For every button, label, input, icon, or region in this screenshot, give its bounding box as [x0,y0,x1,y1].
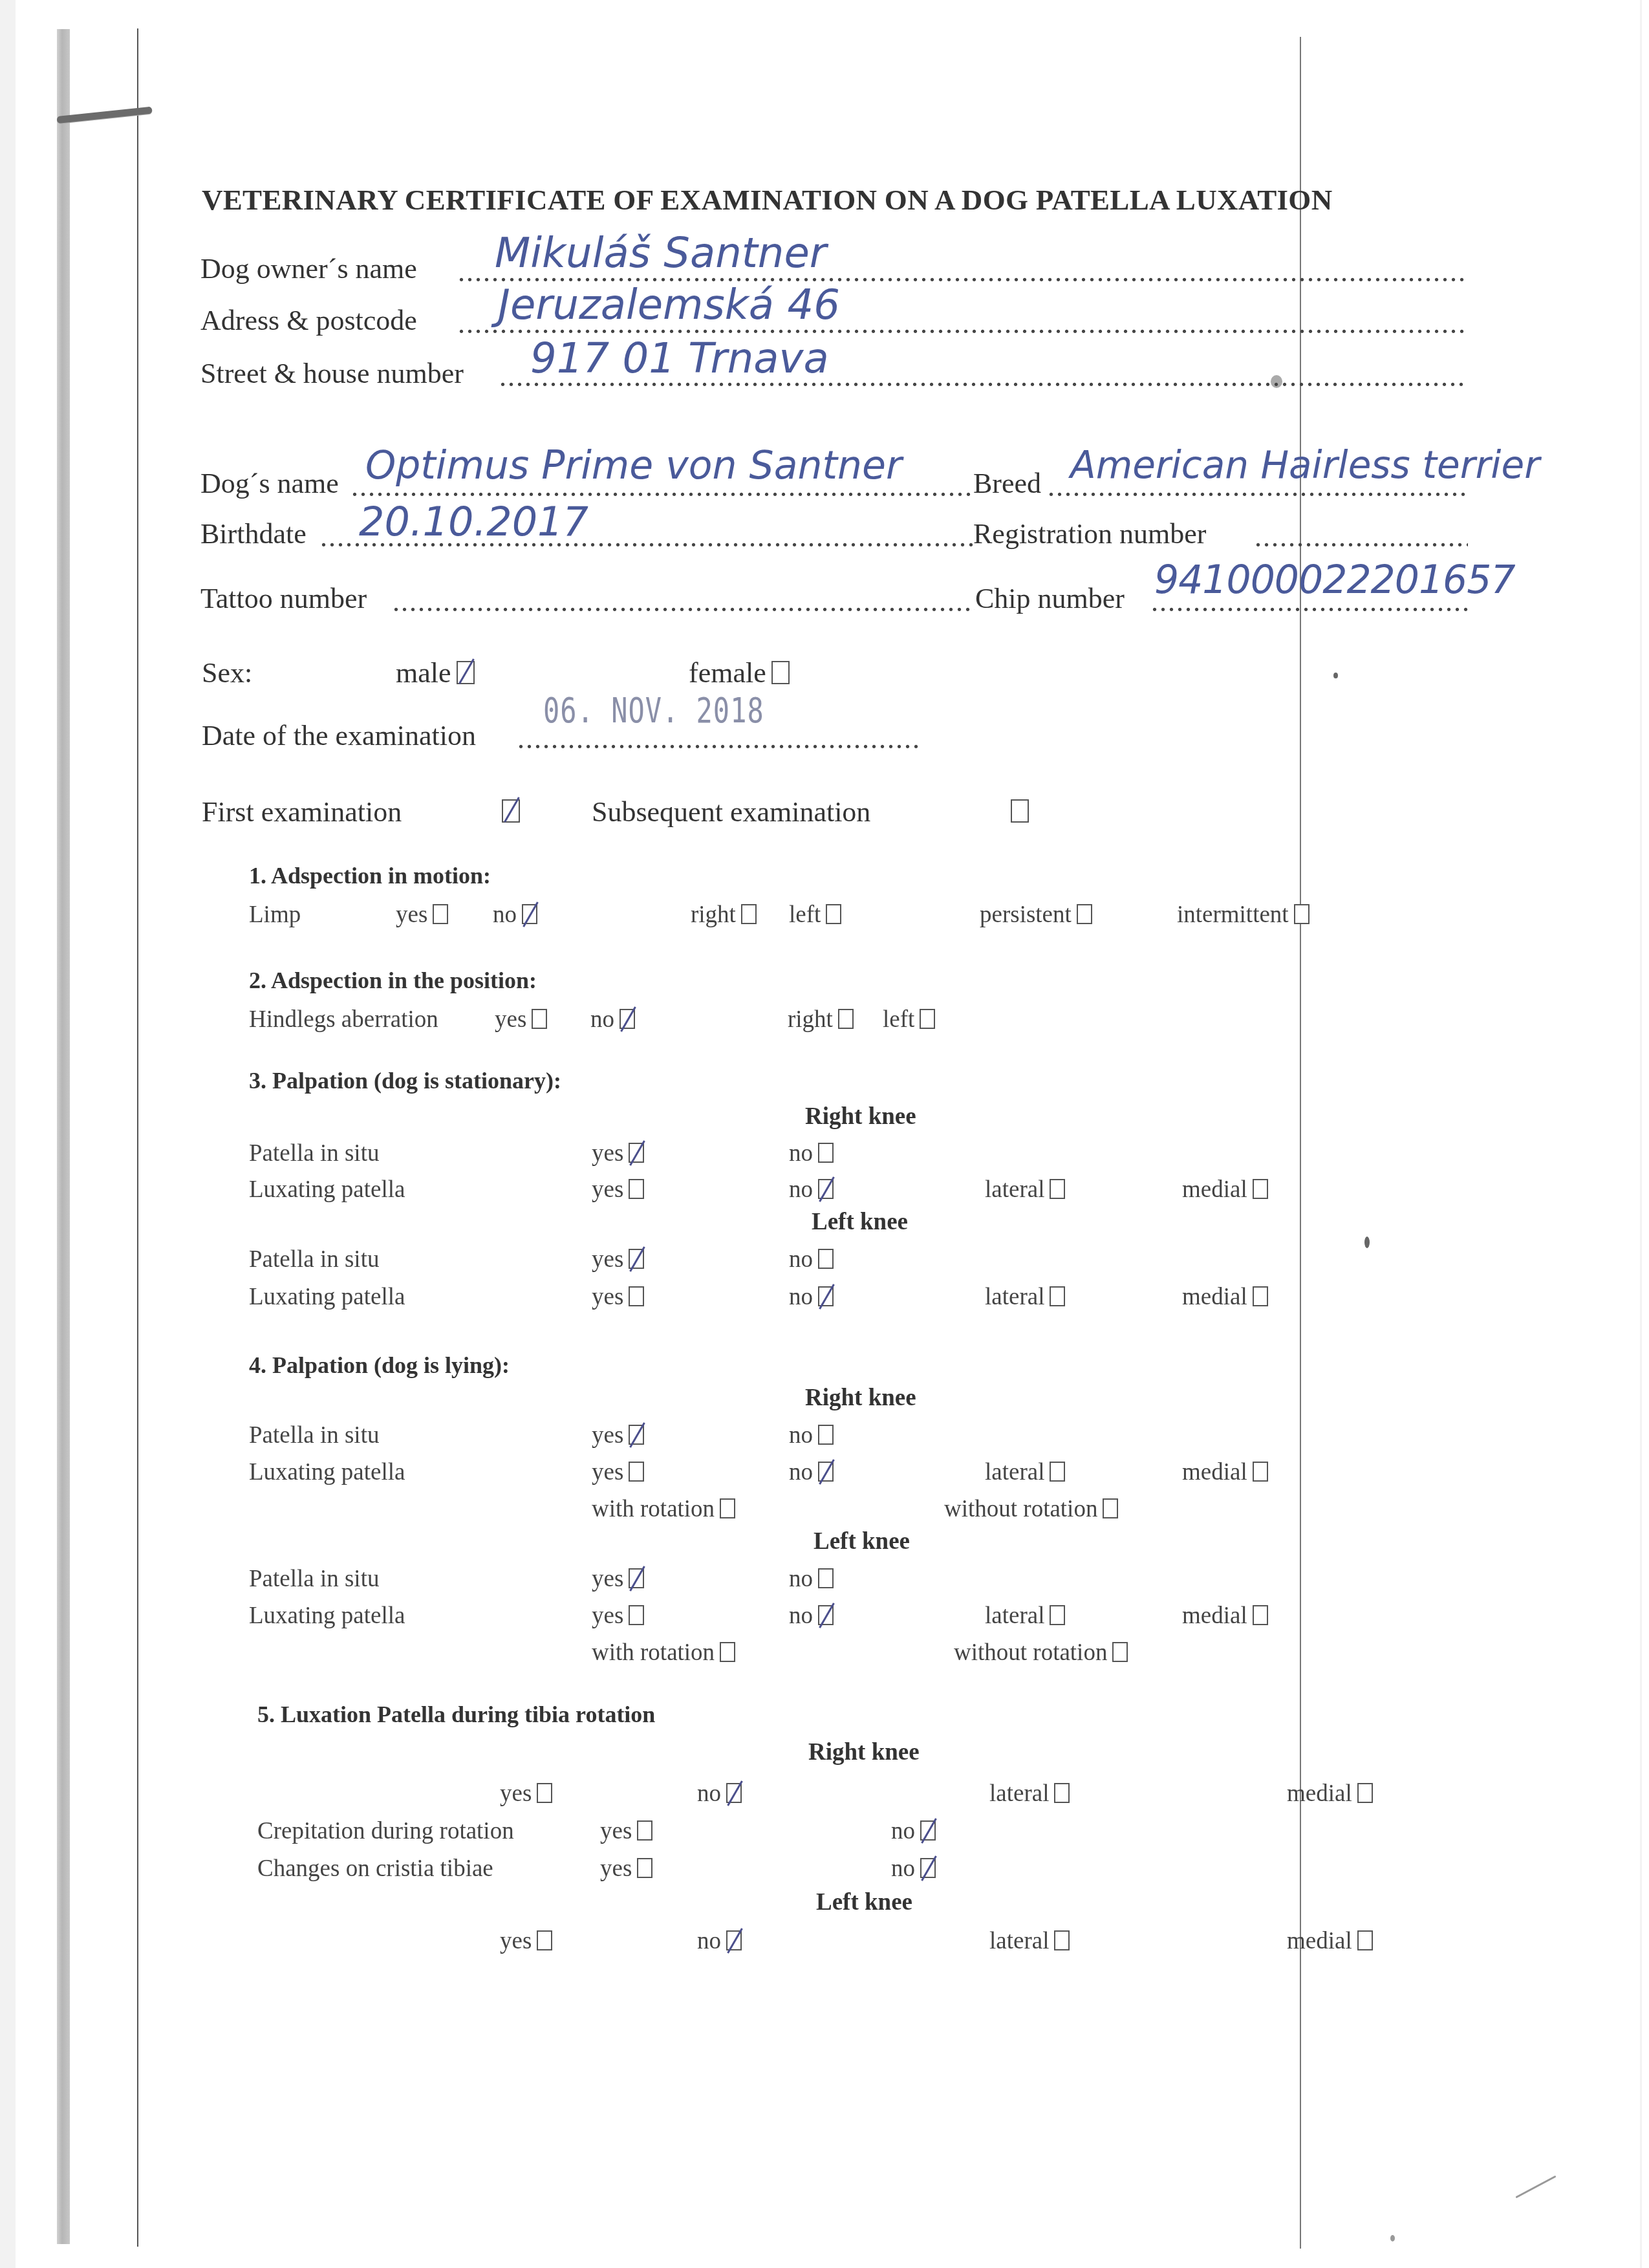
chip-label: Chip number [975,582,1125,615]
s4-left-with-rotation[interactable]: with rotation [592,1639,735,1667]
s5-right-medial-checkbox[interactable] [1357,1783,1373,1803]
option-label: yes [500,1928,532,1954]
option-label: yes [592,1603,623,1629]
tattoo-dots: ........................................… [393,585,975,618]
option-label: without rotation [944,1496,1097,1522]
hindlegs-label: Hindlegs aberration [249,1006,438,1033]
limp-right-checkbox[interactable] [741,904,757,924]
limp-intermittent-checkbox[interactable] [1294,904,1309,924]
hindlegs-left-label: left [883,1006,914,1033]
s3-right-lux-medial[interactable]: medial [1182,1176,1268,1204]
s4-right-in-situ-yes[interactable]: yes [592,1421,644,1449]
limp-persistent-label: persistent [980,902,1072,928]
option-label: no [697,1928,721,1954]
s4-left-in-situ-no[interactable]: no [789,1565,834,1593]
s4-left-in-situ-yes-checkbox[interactable] [629,1568,644,1588]
sex-female[interactable]: female [689,656,790,689]
option-label: yes [600,1818,632,1844]
birthdate-label: Birthdate [200,517,307,550]
s5-left-knee-heading: Left knee [816,1888,912,1916]
s4-right-lux-lateral[interactable]: lateral [985,1458,1065,1486]
registration-label: Registration number [973,517,1207,550]
scan-speck [1390,2235,1395,2241]
s3-right-luxating-label: Luxating patella [249,1176,405,1204]
option-label: yes [592,1140,623,1167]
s4-left-lux-lateral[interactable]: lateral [985,1602,1065,1630]
s5-left-lateral[interactable]: lateral [989,1927,1070,1955]
owner-address-label: Adress & postcode [200,304,417,337]
s3-right-knee-heading: Right knee [805,1103,916,1130]
tattoo-label: Tattoo number [200,582,367,615]
limp-right-label: right [691,902,736,928]
limp-left[interactable]: left [789,901,841,929]
s3-left-in-situ-yes-checkbox[interactable] [629,1249,644,1269]
s4-right-without-rotation[interactable]: without rotation [944,1495,1118,1523]
s4-right-with-rotation[interactable]: with rotation [592,1495,735,1523]
s4-right-in-situ-label: Patella in situ [249,1421,379,1449]
s3-right-lux-no-checkbox[interactable] [818,1179,834,1199]
owner-street-label: Street & house number [200,357,464,390]
s3-left-in-situ-no[interactable]: no [789,1246,834,1273]
option-label: with rotation [592,1496,715,1522]
hindlegs-yes-label: yes [495,1006,526,1033]
s4-left-lux-no[interactable]: no [789,1602,834,1630]
s5-right-medial[interactable]: medial [1287,1780,1373,1808]
option-label: no [789,1603,813,1629]
option-label: yes [592,1246,623,1273]
s4-left-lux-yes-checkbox[interactable] [629,1605,644,1625]
s4-left-in-situ-label: Patella in situ [249,1565,379,1593]
crepitation-yes-checkbox[interactable] [637,1820,652,1841]
sex-male[interactable]: male [396,656,475,689]
sex-male-label: male [396,657,451,689]
s3-left-lux-yes[interactable]: yes [592,1283,644,1311]
pen-stroke [1515,2176,1556,2199]
s5-left-no-checkbox[interactable] [726,1930,742,1950]
s4-left-with-rotation-checkbox[interactable] [720,1642,735,1662]
s4-right-lux-no-checkbox[interactable] [818,1462,834,1482]
first-exam-label: First examination [202,795,402,828]
subsequent-exam-checkbox[interactable] [1011,799,1029,823]
scan-right-edge [1640,0,1642,2268]
s3-left-lux-medial[interactable]: medial [1182,1283,1268,1311]
option-label: with rotation [592,1639,715,1666]
section-2-title: 2. Adspection in the position: [249,967,537,994]
limp-yes[interactable]: yes [396,901,448,929]
s4-right-in-situ-no[interactable]: no [789,1421,834,1449]
s4-right-lux-no[interactable]: no [789,1458,834,1486]
sex-female-label: female [689,657,766,689]
breed-field[interactable]: American Hairless terrier [1070,443,1540,487]
owner-name-label: Dog owner´s name [200,252,417,285]
s5-right-yes[interactable]: yes [500,1780,552,1808]
option-label: medial [1287,1780,1352,1807]
scan-speck [1333,673,1338,678]
left-margin-rule [137,28,138,2247]
section-5-title: 5. Luxation Patella during tibia rotatio… [257,1701,655,1728]
limp-intermittent[interactable]: intermittent [1177,901,1309,929]
option-label: medial [1182,1603,1247,1629]
hindlegs-no[interactable]: no [590,1006,635,1033]
cristia-label: Changes on cristia tibiae [257,1855,493,1883]
s3-right-in-situ-no[interactable]: no [789,1139,834,1167]
s3-left-in-situ-no-checkbox[interactable] [818,1249,834,1269]
limp-intermittent-label: intermittent [1177,902,1289,928]
section-1-title: 1. Adspection in motion: [249,862,491,889]
s3-left-in-situ-label: Patella in situ [249,1246,379,1273]
option-label: no [891,1818,915,1844]
s3-right-in-situ-yes[interactable]: yes [592,1139,644,1167]
s3-right-lux-yes-checkbox[interactable] [629,1179,644,1199]
s4-right-luxating-label: Luxating patella [249,1458,405,1486]
s4-right-lux-lateral-checkbox[interactable] [1050,1462,1065,1482]
s3-left-lux-no[interactable]: no [789,1283,834,1311]
sex-female-checkbox[interactable] [771,661,790,684]
limp-label: Limp [249,901,301,929]
s4-right-in-situ-no-checkbox[interactable] [818,1425,834,1445]
scan-speck [1364,1237,1370,1248]
s5-left-yes-checkbox[interactable] [537,1930,552,1950]
option-label: lateral [985,1459,1044,1485]
s3-right-lux-no[interactable]: no [789,1176,834,1204]
option-label: lateral [985,1176,1044,1203]
option-label: medial [1182,1459,1247,1485]
s4-left-luxating-label: Luxating patella [249,1602,405,1630]
s4-left-in-situ-yes[interactable]: yes [592,1565,644,1593]
chip-field[interactable]: 941000022201657 [1154,557,1515,603]
s3-right-lux-lateral[interactable]: lateral [985,1176,1065,1204]
option-label: no [789,1284,813,1310]
dog-name-label: Dog´s name [200,467,339,500]
s4-right-lux-medial-checkbox[interactable] [1253,1462,1268,1482]
s4-right-knee-heading: Right knee [805,1384,916,1412]
s4-left-lux-medial-checkbox[interactable] [1253,1605,1268,1625]
s5-right-no[interactable]: no [697,1780,742,1808]
s5-left-lateral-checkbox[interactable] [1054,1930,1070,1950]
option-label: no [789,1422,813,1449]
option-label: yes [592,1422,623,1449]
s4-left-without-rotation-checkbox[interactable] [1112,1642,1128,1662]
s3-right-lux-lateral-checkbox[interactable] [1050,1179,1065,1199]
option-label: medial [1182,1176,1247,1203]
option-label: medial [1182,1284,1247,1310]
option-label: yes [592,1566,623,1592]
first-exam-checkbox[interactable] [502,799,520,823]
option-label: no [891,1855,915,1882]
s5-right-no-checkbox[interactable] [726,1783,742,1803]
option-label: lateral [989,1928,1049,1954]
s5-left-no[interactable]: no [697,1927,742,1955]
hindlegs-right-label: right [788,1006,833,1033]
option-label: yes [592,1284,623,1310]
owner-name-field[interactable]: Mikuláš Santner [495,230,826,277]
s3-right-in-situ-yes-checkbox[interactable] [629,1143,644,1163]
crepitation-label: Crepitation during rotation [257,1817,514,1845]
option-label: lateral [989,1780,1049,1807]
option-label: medial [1287,1928,1352,1954]
option-label: no [789,1176,813,1203]
crepitation-no[interactable]: no [891,1817,936,1845]
limp-right[interactable]: right [691,901,757,929]
hindlegs-right-checkbox[interactable] [838,1009,854,1029]
s3-right-in-situ-no-checkbox[interactable] [818,1143,834,1163]
binder-strip [57,29,70,2244]
cristia-no[interactable]: no [891,1855,936,1883]
cristia-yes[interactable]: yes [600,1855,652,1883]
s4-right-lux-yes-checkbox[interactable] [629,1462,644,1482]
option-label: yes [592,1459,623,1485]
breed-label: Breed [973,467,1041,500]
s3-left-lux-no-checkbox[interactable] [818,1286,834,1306]
s3-left-lux-lateral[interactable]: lateral [985,1283,1065,1311]
hindlegs-no-label: no [590,1006,614,1033]
s4-right-lux-yes[interactable]: yes [592,1458,644,1486]
option-label: yes [592,1176,623,1203]
s4-right-in-situ-yes-checkbox[interactable] [629,1425,644,1445]
option-label: without rotation [954,1639,1107,1666]
hindlegs-yes[interactable]: yes [495,1006,547,1033]
s4-left-without-rotation[interactable]: without rotation [954,1639,1128,1667]
hindlegs-left[interactable]: left [883,1006,935,1033]
s5-right-knee-heading: Right knee [808,1738,920,1766]
registration-dots: ............................... [1255,521,1468,554]
owner-address-field[interactable]: Jeruzalemská 46 [498,281,840,329]
s3-left-in-situ-yes[interactable]: yes [592,1246,644,1273]
sex-label: Sex: [202,656,252,689]
s4-left-lux-medial[interactable]: medial [1182,1602,1268,1630]
owner-street-field[interactable]: 917 01 Trnava [530,335,829,383]
sex-male-checkbox[interactable] [457,661,475,684]
limp-no[interactable]: no [493,901,537,929]
s4-left-lux-yes[interactable]: yes [592,1602,644,1630]
s4-left-lux-no-checkbox[interactable] [818,1605,834,1625]
dog-name-field[interactable]: Optimus Prime von Santner [365,443,902,488]
crepitation-no-checkbox[interactable] [920,1820,936,1841]
s3-left-lux-yes-checkbox[interactable] [629,1286,644,1306]
exam-date-label: Date of the examination [202,719,476,752]
option-label: no [789,1140,813,1167]
s5-right-lateral-checkbox[interactable] [1054,1783,1070,1803]
s4-left-lux-lateral-checkbox[interactable] [1050,1605,1065,1625]
option-label: yes [600,1855,632,1882]
option-label: yes [500,1780,532,1807]
s5-right-yes-checkbox[interactable] [537,1783,552,1803]
s3-right-in-situ-label: Patella in situ [249,1139,379,1167]
s5-left-medial-checkbox[interactable] [1357,1930,1373,1950]
option-label: no [789,1459,813,1485]
s3-right-lux-medial-checkbox[interactable] [1253,1179,1268,1199]
s4-right-without-rotation-checkbox[interactable] [1103,1498,1118,1518]
scan-edge-shadow [0,0,16,2268]
limp-left-checkbox[interactable] [826,904,841,924]
s5-left-yes[interactable]: yes [500,1927,552,1955]
s3-left-lux-medial-checkbox[interactable] [1253,1286,1268,1306]
limp-no-checkbox[interactable] [522,904,537,924]
s3-right-lux-yes[interactable]: yes [592,1176,644,1204]
crepitation-yes[interactable]: yes [600,1817,652,1845]
s4-left-in-situ-no-checkbox[interactable] [818,1568,834,1588]
s3-left-lux-lateral-checkbox[interactable] [1050,1286,1065,1306]
s4-right-lux-medial[interactable]: medial [1182,1458,1268,1486]
hindlegs-yes-checkbox[interactable] [532,1009,547,1029]
s3-left-knee-heading: Left knee [812,1208,908,1236]
limp-left-label: left [789,902,821,928]
s3-left-luxating-label: Luxating patella [249,1283,405,1311]
limp-yes-checkbox[interactable] [433,904,448,924]
option-label: no [697,1780,721,1807]
s4-right-with-rotation-checkbox[interactable] [720,1498,735,1518]
s5-left-medial[interactable]: medial [1287,1927,1373,1955]
option-label: lateral [985,1284,1044,1310]
cristia-no-checkbox[interactable] [920,1858,936,1878]
hindlegs-left-checkbox[interactable] [920,1009,935,1029]
option-label: no [789,1246,813,1273]
cristia-yes-checkbox[interactable] [637,1858,652,1878]
option-label: lateral [985,1603,1044,1629]
s5-right-lateral[interactable]: lateral [989,1780,1070,1808]
limp-no-label: no [493,902,517,928]
hindlegs-no-checkbox[interactable] [620,1009,635,1029]
section-4-title: 4. Palpation (dog is lying): [249,1352,510,1379]
limp-persistent[interactable]: persistent [980,901,1092,929]
hindlegs-right[interactable]: right [788,1006,854,1033]
birthdate-field[interactable]: 20.10.2017 [359,498,588,545]
subsequent-exam-label: Subsequent examination [592,795,870,828]
limp-persistent-checkbox[interactable] [1077,904,1092,924]
section-3-title: 3. Palpation (dog is stationary): [249,1067,561,1094]
exam-date-stamp[interactable]: 06. NOV. 2018 [543,691,764,730]
limp-yes-label: yes [396,902,427,928]
s4-left-knee-heading: Left knee [814,1528,910,1555]
option-label: no [789,1566,813,1592]
document-title: VETERINARY CERTIFICATE OF EXAMINATION ON… [202,183,1332,217]
